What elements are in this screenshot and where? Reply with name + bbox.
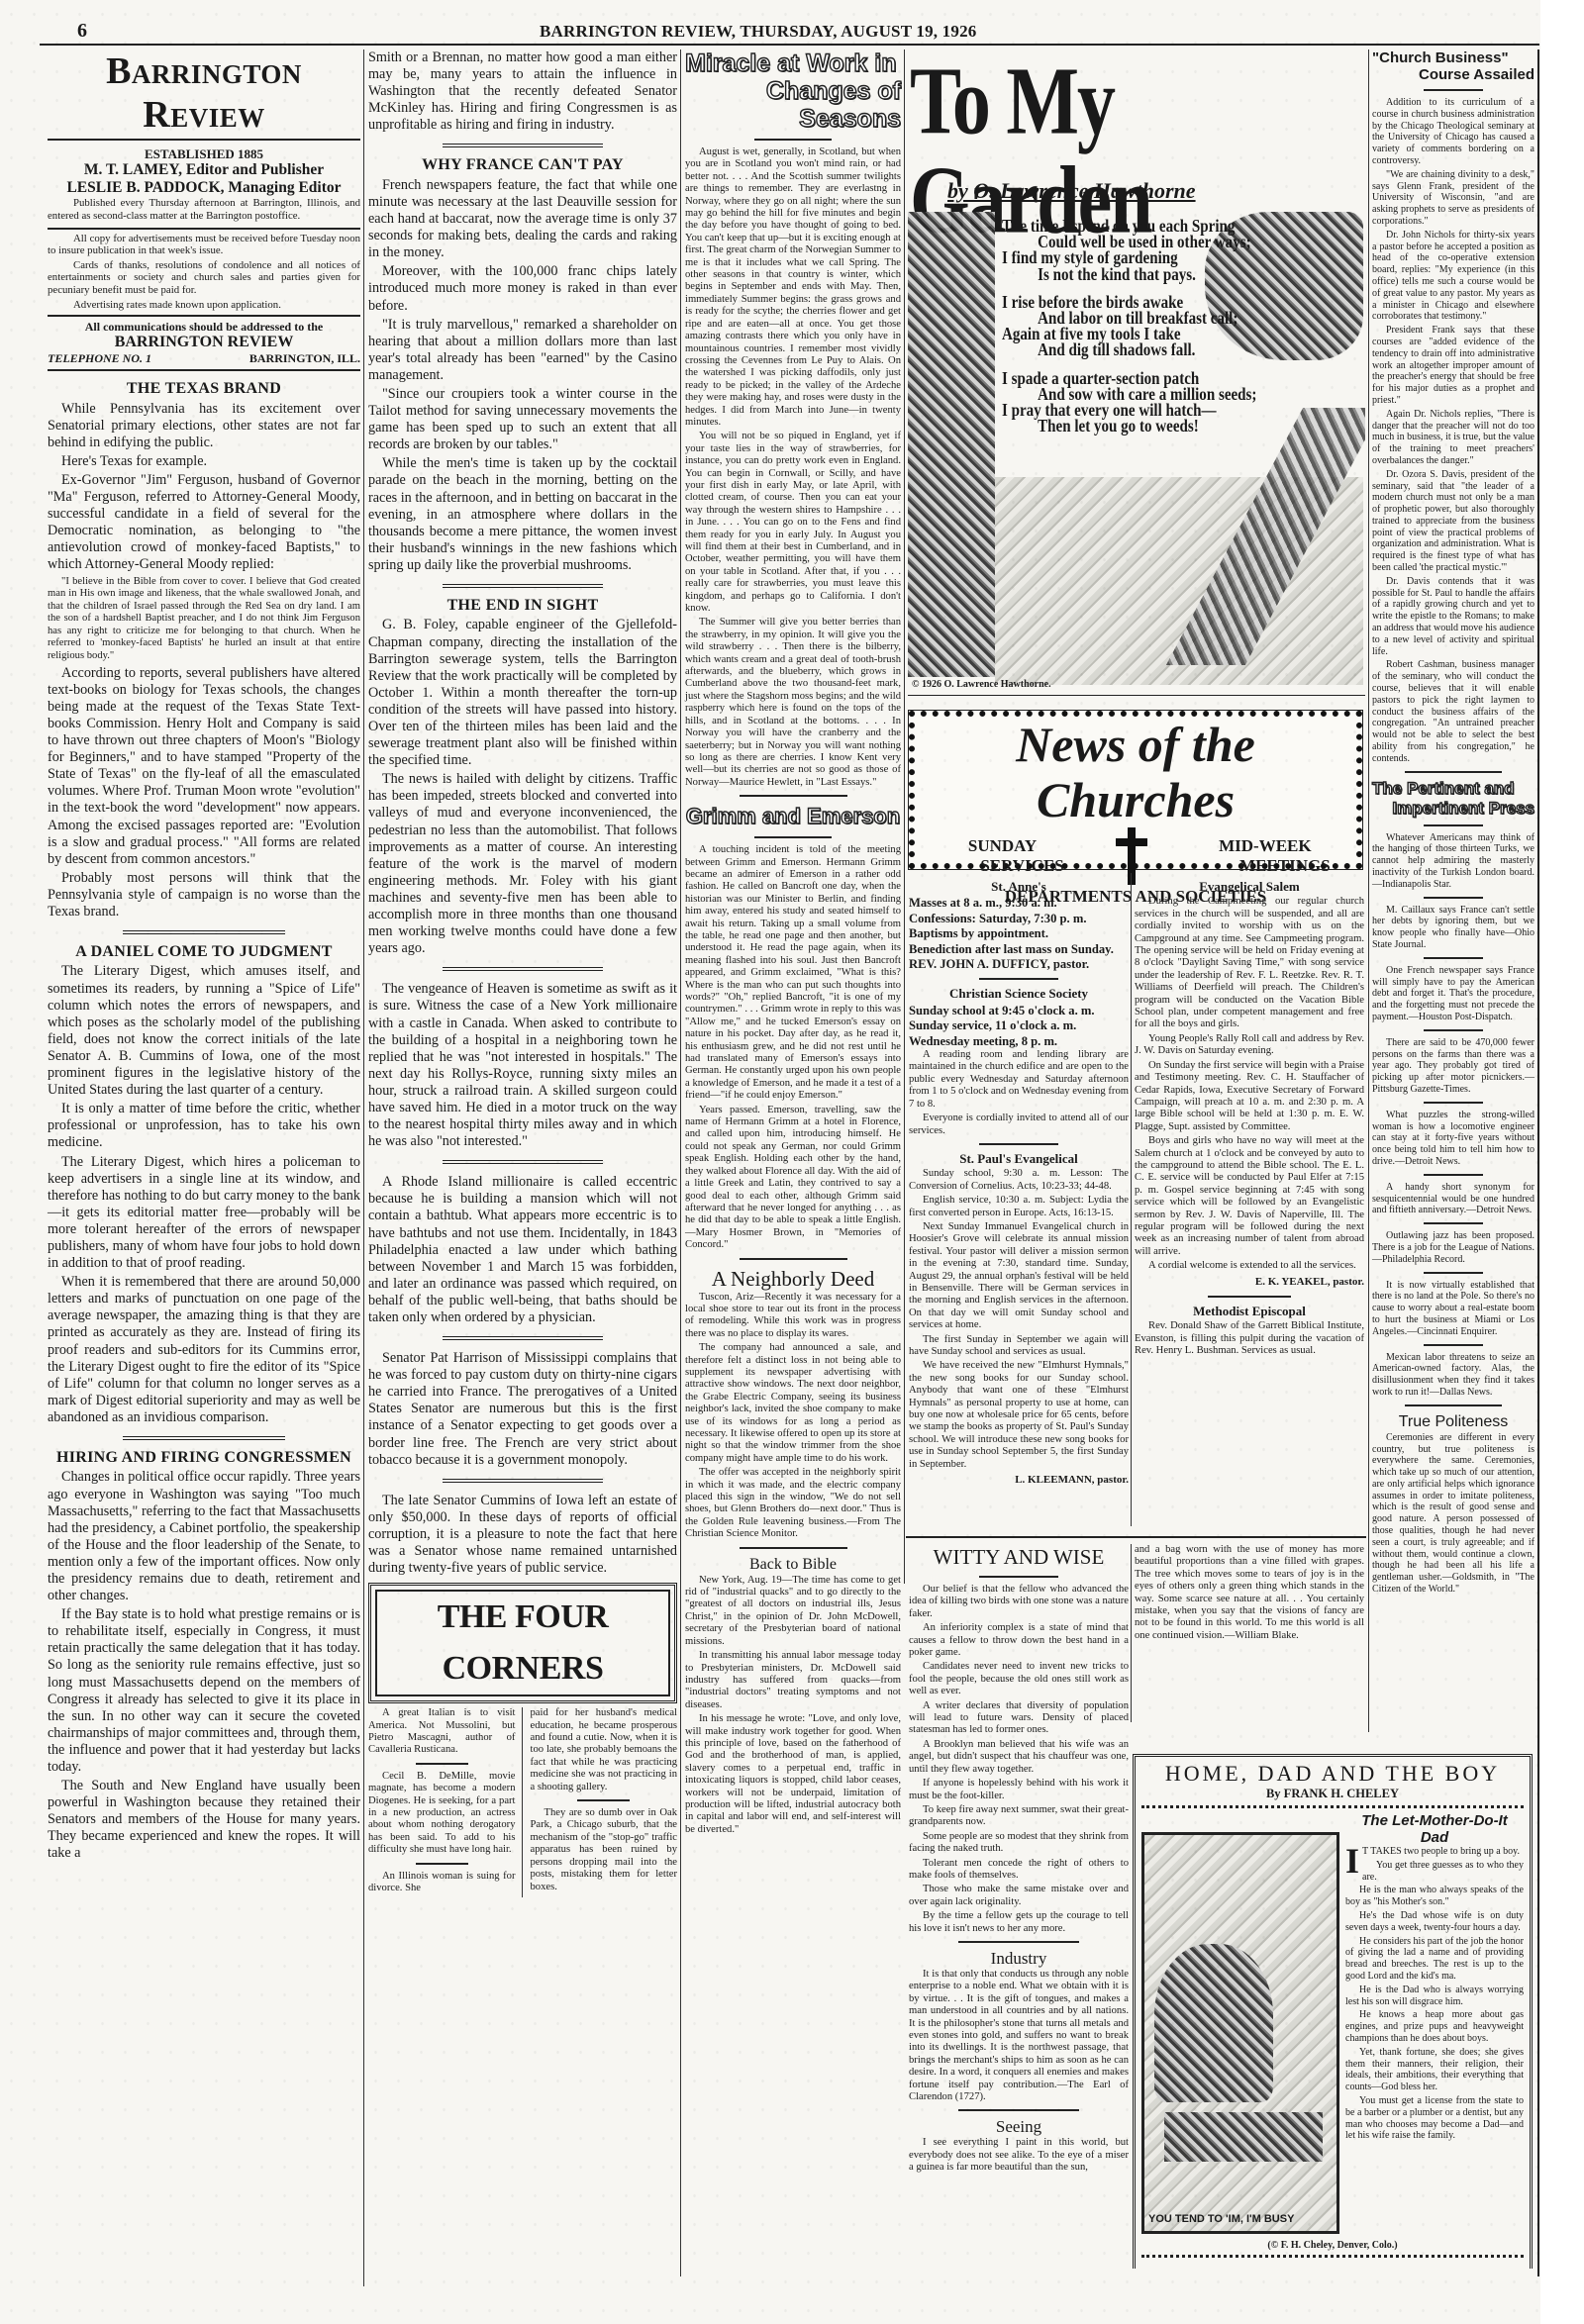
paragraph: and a bag worn with the use of money has… xyxy=(1135,1544,1364,1642)
paragraph: Smith or a Brennan, no matter how good a… xyxy=(368,49,677,134)
divider xyxy=(123,1436,285,1440)
article-true-politeness: True Politeness Ceremonies are different… xyxy=(1372,1412,1534,1596)
page-number: 6 xyxy=(77,20,87,43)
paragraph-cummins: The late Senator Cummins of Iowa left an… xyxy=(368,1493,677,1577)
divider xyxy=(1424,1344,1482,1346)
divider xyxy=(754,836,832,838)
article-end-in-sight: THE END IN SIGHT G. B. Foley, capable en… xyxy=(368,598,677,957)
paragraph: New York, Aug. 19—The time has come to g… xyxy=(685,1575,901,1648)
divider xyxy=(754,139,832,141)
church-line: Confessions: Saturday, 7:30 p. m. xyxy=(909,912,1129,926)
paragraph: A cordial welcome is extended to all the… xyxy=(1135,1260,1364,1272)
masthead-published: Published every Thursday afternoon at Ba… xyxy=(48,197,360,222)
divider xyxy=(1208,1296,1291,1298)
paragraph: He's the Dad whose wife is on duty seven… xyxy=(1345,1910,1524,1934)
paragraph-vengeance: The vengeance of Heaven is sometime as s… xyxy=(368,981,677,1150)
paragraph: To keep fire away next summer, swat thei… xyxy=(909,1804,1129,1829)
press-item: There are said to be 470,000 fewer perso… xyxy=(1372,1037,1534,1096)
illustration-caption: YOU TEND TO 'IM, I'M BUSY xyxy=(1148,2213,1294,2225)
divider xyxy=(1424,824,1482,826)
paragraph: Those who make the same mistake over and… xyxy=(909,1884,1129,1908)
dad-boy-illustration: YOU TEND TO 'IM, I'M BUSY xyxy=(1141,1832,1339,2234)
column-1: Barrington Review ESTABLISHED 1885 M. T.… xyxy=(48,49,360,1865)
paragraph: You must get a license from the state to… xyxy=(1345,2095,1524,2142)
lead-text: T TAKES two people to bring up a boy. xyxy=(1362,1846,1520,1857)
divider xyxy=(740,795,847,797)
paragraph: The Literary Digest, which hires a polic… xyxy=(48,1154,360,1273)
newspaper-page: 6 BARRINGTON REVIEW, THURSDAY, AUGUST 19… xyxy=(0,0,1584,2324)
divider xyxy=(1424,1272,1482,1274)
paragraph: According to reports, several publishers… xyxy=(48,665,360,868)
paragraph: By the time a fellow gets up the courage… xyxy=(909,1910,1129,1935)
paragraph: The Literary Digest, which amuses itself… xyxy=(48,963,360,1099)
press-item: Mexican labor threatens to seize an Amer… xyxy=(1372,1352,1534,1399)
paragraph: He knows a heap more about gas engines, … xyxy=(1345,2009,1524,2044)
headline: A Neighborly Deed xyxy=(685,1266,901,1292)
scan-margin xyxy=(1540,0,1584,2324)
paragraph: Ceremonies are different in every countr… xyxy=(1372,1432,1534,1596)
banner-sunday: SUNDAY xyxy=(940,836,1063,856)
divider xyxy=(1424,89,1482,91)
paragraph: Yet, thank fortune, she does; she gives … xyxy=(1345,2047,1524,2093)
paragraph: The offer was accepted in the neighborly… xyxy=(685,1467,901,1540)
four-corners-columns: A great Italian is to visit America. Not… xyxy=(368,1707,677,1896)
divider xyxy=(443,1160,603,1164)
column-6: "Church Business" Course Assailed Additi… xyxy=(1372,49,1534,1598)
paragraph: In his message he wrote: "Love, and only… xyxy=(685,1713,901,1836)
quote: "I believe in the Bible from cover to co… xyxy=(48,576,360,663)
paragraph: It is only a matter of time before the c… xyxy=(48,1101,360,1151)
divider xyxy=(1424,1029,1482,1031)
church-pastor: E. K. YEAKEL, pastor. xyxy=(1135,1275,1364,1290)
paragraph: Dr. Ozora S. Davis, president of the sem… xyxy=(1372,469,1534,574)
article-daniel: A DANIEL COME TO JUDGMENT The Literary D… xyxy=(48,944,360,1426)
masthead-title: Barrington Review xyxy=(48,49,360,141)
churches-column-left: St. Anne's Masses at 8 a. m., 9:30 a. m.… xyxy=(909,873,1129,1488)
paragraph: Dr. John Nichols for thirty-six years a … xyxy=(1372,230,1534,323)
paragraph: They are so dumb over in Oak Park, a Chi… xyxy=(531,1807,678,1893)
church-line: Baptisms by appointment. xyxy=(909,926,1129,941)
masthead-address-name: BARRINGTON REVIEW xyxy=(48,334,360,351)
poem-copyright: © 1926 O. Lawrence Hawthorne. xyxy=(912,679,1051,690)
headline: A DANIEL COME TO JUDGMENT xyxy=(48,944,360,959)
masthead-communications: All communications should be addressed t… xyxy=(48,321,360,334)
paragraph: Tolerant men concede the right of others… xyxy=(909,1858,1129,1883)
paragraph: The first Sunday in September we again w… xyxy=(909,1334,1129,1359)
churches-banner: News of the Churches SUNDAY SERVICES MID… xyxy=(909,711,1362,869)
paragraph: Everyone is cordially invited to attend … xyxy=(909,1113,1129,1137)
article-church-business: "Church Business" Course Assailed Additi… xyxy=(1372,49,1534,765)
paragraph: paid for her husband's medical education… xyxy=(531,1707,678,1793)
paragraph: "We are chaining divinity to a desk," sa… xyxy=(1372,169,1534,228)
paragraph: Next Sunday Immanuel Evangelical church … xyxy=(909,1221,1129,1332)
church-name: Christian Science Society xyxy=(909,986,1129,1001)
paragraph: He is the Dad who is always worrying les… xyxy=(1345,1985,1524,2008)
paragraph: Again Dr. Nichols replies, "There is dan… xyxy=(1372,409,1534,467)
divider xyxy=(416,1863,468,1865)
paragraph: It is that only that conducts us through… xyxy=(909,1969,1129,2103)
paragraph: You will not be so piqued in England, ye… xyxy=(685,431,901,615)
paragraph: Our belief is that the fellow who advanc… xyxy=(909,1584,1129,1620)
paragraph: The Summer will give you better berries … xyxy=(685,617,901,789)
poem-byline: by O. Lawrence Hawthorne xyxy=(947,178,1196,204)
press-item: Whatever Americans may think of the hang… xyxy=(1372,832,1534,891)
paragraph: On Sunday the first service will begin w… xyxy=(1135,1060,1364,1133)
article-hiring-firing: HIRING AND FIRING CONGRESSMEN Changes in… xyxy=(48,1450,360,1863)
divider xyxy=(979,978,1058,980)
witty-wise-divider xyxy=(906,1536,1366,1538)
banner-midweek: MID-WEEK xyxy=(1200,836,1331,856)
masthead-editor: M. T. LAMEY, Editor and Publisher xyxy=(48,161,360,179)
paragraph: We have received the new "Elmhurst Hymna… xyxy=(909,1360,1129,1471)
divider xyxy=(1424,1222,1482,1224)
four-corners-banner: THE FOUR CORNERS xyxy=(368,1583,677,1703)
press-item: One French newspaper says France will si… xyxy=(1372,965,1534,1023)
column-2: Smith or a Brennan, no matter how good a… xyxy=(368,49,677,1897)
paragraph: President Frank says that these courses … xyxy=(1372,325,1534,407)
church-line: Sunday service, 11 o'clock a. m. xyxy=(909,1018,1129,1033)
paragraph: Moreover, with the 100,000 franc chips l… xyxy=(368,263,677,314)
paragraph: Candidates never need to invent new tric… xyxy=(909,1661,1129,1697)
paragraph: Robert Cashman, business manager of the … xyxy=(1372,659,1534,764)
paragraph: An inferiority complex is a state of min… xyxy=(909,1622,1129,1659)
church-name: Evangelical Salem xyxy=(1135,879,1364,894)
paragraph: The company had announced a sale, and th… xyxy=(685,1342,901,1465)
paragraph: Here's Texas for example. xyxy=(48,453,360,470)
press-item: What puzzles the strong-willed woman is … xyxy=(1372,1110,1534,1168)
paragraph: Probably most persons will think that th… xyxy=(48,870,360,920)
poem-line: Then let you go to weeds! xyxy=(1002,418,1291,434)
paragraph: During the Campmeeting our regular churc… xyxy=(1135,896,1364,1030)
divider xyxy=(958,1941,1079,1943)
masthead-telephone: TELEPHONE NO. 1 xyxy=(48,351,151,366)
home-copyright: (© F. H. Cheley, Denver, Colo.) xyxy=(1141,2240,1524,2251)
headline: Miracle at Work in xyxy=(685,49,901,77)
tree-illustration-left xyxy=(908,212,995,677)
page-edge-rule xyxy=(1537,49,1539,2276)
paragraph: G. B. Foley, capable engineer of the Gje… xyxy=(368,617,677,769)
home-byline: By FRANK H. CHELEY xyxy=(1141,1787,1524,1801)
headline: WITTY AND WISE xyxy=(909,1544,1129,1570)
headline: WHY FRANCE CAN'T PAY xyxy=(368,157,677,172)
paragraph: Boys and girls who have no way will meet… xyxy=(1135,1135,1364,1258)
headline: The Pertinent and xyxy=(1372,779,1534,799)
paragraph: English service, 10:30 a. m. Subject: Ly… xyxy=(909,1195,1129,1219)
masthead-notice-copy: All copy for advertisements must be rece… xyxy=(48,233,360,257)
headline: True Politeness xyxy=(1372,1412,1534,1432)
divider xyxy=(443,967,603,971)
divider xyxy=(740,1258,847,1260)
witty-wise-left: WITTY AND WISE Our belief is that the fe… xyxy=(909,1544,1129,2177)
paragraph: Tuscon, Ariz—Recently it was necessary f… xyxy=(685,1292,901,1341)
divider xyxy=(1405,1404,1502,1406)
witty-wise-right: and a bag worn with the use of money has… xyxy=(1135,1544,1364,1644)
dateline-text: BARRINGTON REVIEW, THURSDAY, AUGUST 19, … xyxy=(540,22,976,42)
paragraph: Sunday school, 9:30 a. m. Lesson: The Co… xyxy=(909,1168,1129,1193)
masthead-notice-cards: Cards of thanks, resolutions of condolen… xyxy=(48,259,360,297)
headline: Course Assailed xyxy=(1372,66,1534,83)
paragraph: I see everything I paint in this world, … xyxy=(909,2137,1129,2174)
divider xyxy=(1141,1805,1524,1808)
paragraph: Some people are so modest that they shri… xyxy=(909,1831,1129,1856)
paragraph: Cecil B. DeMille, movie magnate, has bec… xyxy=(368,1771,516,1857)
headline: Impertinent Press xyxy=(1372,799,1534,819)
divider xyxy=(443,584,603,588)
divider xyxy=(979,1143,1058,1145)
column-rule xyxy=(1368,49,1369,1732)
paragraph: "It is truly marvellous," remarked a sha… xyxy=(368,317,677,384)
divider xyxy=(1424,897,1482,899)
paragraph: "Since our croupiers took a winter cours… xyxy=(368,386,677,453)
headline: Seeing xyxy=(909,2117,1129,2137)
masthead-notice-rates: Advertising rates made known upon applic… xyxy=(48,299,360,312)
divider xyxy=(443,1336,603,1340)
paragraph: A great Italian is to visit America. Not… xyxy=(368,1707,516,1757)
headline: HIRING AND FIRING CONGRESSMEN xyxy=(48,1450,360,1465)
home-subhead: Dad xyxy=(1345,1829,1524,1846)
church-name: Methodist Episcopal xyxy=(1135,1304,1364,1318)
paragraph: French newspapers feature, the fact that… xyxy=(368,177,677,261)
church-line: Benediction after last mass on Sunday. xyxy=(909,942,1129,957)
home-title: HOME, DAD AND THE BOY xyxy=(1141,1761,1524,1787)
church-pastor: L. KLEEMANN, pastor. xyxy=(909,1473,1129,1488)
church-line: Wednesday meeting, 8 p. m. xyxy=(909,1034,1129,1049)
paragraph: Years passed. Emerson, travelling, saw t… xyxy=(685,1105,901,1252)
masthead-managing-editor: LESLIE B. PADDOCK, Managing Editor xyxy=(48,179,360,197)
paragraph: In transmitting his annual labor message… xyxy=(685,1650,901,1711)
desk-illustration xyxy=(1164,2112,1323,2162)
divider xyxy=(443,1479,603,1483)
poem-body: The time I spend on you each Spring Coul… xyxy=(1002,218,1291,445)
paragraph: If the Bay state is to hold what prestig… xyxy=(48,1606,360,1776)
paragraph: A Brooklyn man believed that his wife wa… xyxy=(909,1739,1129,1776)
paragraph: He is the man who always speaks of the b… xyxy=(1345,1885,1524,1908)
figure-illustration xyxy=(1154,1944,1273,2102)
headline: Industry xyxy=(909,1949,1129,1969)
headline: Changes of Seasons xyxy=(685,77,901,133)
divider xyxy=(1424,1102,1482,1104)
article-neighborly-deed: A Neighborly Deed Tuscon, Ariz—Recently … xyxy=(685,1266,901,1541)
divider xyxy=(958,2109,1079,2111)
paragraph: A writer declares that diversity of popu… xyxy=(909,1700,1129,1737)
headline: THE END IN SIGHT xyxy=(368,598,677,613)
paragraph: An Illinois woman is suing for divorce. … xyxy=(368,1871,516,1895)
headline: Grimm and Emerson xyxy=(685,803,901,830)
poem-to-my-garden: To My Garden by O. Lawrence Hawthorne Th… xyxy=(908,51,1365,696)
divider xyxy=(123,930,285,934)
paragraph: Changes in political office occur rapidl… xyxy=(48,1469,360,1604)
article-miracle-seasons: Miracle at Work in Changes of Seasons Au… xyxy=(685,49,901,789)
press-item: M. Caillaux says France can't settle her… xyxy=(1372,905,1534,951)
churches-title: News of the Churches xyxy=(915,717,1356,827)
column-rule xyxy=(1131,1544,1132,1722)
paragraph: He considers his part of the job the hon… xyxy=(1345,1936,1524,1983)
drop-cap: I xyxy=(1345,1846,1359,1876)
press-item: It is now virtually established that the… xyxy=(1372,1280,1534,1338)
paragraph: The South and New England have usually b… xyxy=(48,1778,360,1862)
paragraph: August is wet, generally, in Scotland, b… xyxy=(685,146,901,429)
paragraph: While Pennsylvania has its excitement ov… xyxy=(48,401,360,451)
home-subhead: The Let-Mother-Do-It xyxy=(1345,1812,1524,1829)
article-texas-brand: THE TEXAS BRAND While Pennsylvania has i… xyxy=(48,381,360,920)
stanza: I rise before the birds awake And labor … xyxy=(1002,294,1291,358)
column-rule xyxy=(904,49,905,1584)
paragraph: If anyone is hopelessly behind with his … xyxy=(909,1778,1129,1802)
article-why-france-cant-pay: WHY FRANCE CAN'T PAY French newspapers f… xyxy=(368,157,677,574)
paragraph: While the men's time is taken up by the … xyxy=(368,455,677,574)
paragraph: When it is remembered that there are aro… xyxy=(48,1274,360,1426)
headline: "Church Business" xyxy=(1372,49,1534,66)
press-item: A handy short synonym for sesquicentenni… xyxy=(1372,1182,1534,1216)
church-pastor: REV. JOHN A. DUFFICY, pastor. xyxy=(909,957,1129,972)
masthead-established: ESTABLISHED 1885 xyxy=(48,146,360,161)
headline: Back to Bible xyxy=(685,1555,901,1575)
churches-column-right: Evangelical Salem During the Campmeeting… xyxy=(1135,873,1364,1360)
column-rule xyxy=(680,49,681,2276)
church-name: St. Paul's Evangelical xyxy=(909,1151,1129,1166)
poem-line: And dig till shadows fall. xyxy=(1002,341,1291,357)
divider xyxy=(416,1763,468,1765)
paragraph: A reading room and lending library are m… xyxy=(909,1049,1129,1111)
paragraph: Dr. Davis contends that it was possible … xyxy=(1372,576,1534,658)
masthead-city: BARRINGTON, ILL. xyxy=(249,351,360,366)
divider xyxy=(1424,1174,1482,1176)
article-grimm-emerson: Grimm and Emerson A touching incident is… xyxy=(685,803,901,1251)
press-item: Outlawing jazz has been proposed. There … xyxy=(1372,1230,1534,1265)
stanza: I spade a quarter-section patch And sow … xyxy=(1002,370,1291,435)
church-line: Masses at 8 a. m., 9:30 a. m. xyxy=(909,896,1129,911)
stanza: The time I spend on you each Spring Coul… xyxy=(1002,218,1291,282)
article-pertinent-impertinent: The Pertinent and Impertinent Press What… xyxy=(1372,779,1534,1399)
divider xyxy=(979,1576,1058,1578)
column-rule xyxy=(363,49,364,2286)
paragraph: You get three guesses as to who they are… xyxy=(1345,1860,1524,1884)
column-rule xyxy=(1131,873,1132,1526)
paragraph-harrison: Senator Pat Harrison of Mississippi comp… xyxy=(368,1350,677,1469)
church-line: Sunday school at 9:45 o'clock a. m. xyxy=(909,1004,1129,1018)
column-3: Miracle at Work in Changes of Seasons Au… xyxy=(685,49,901,1838)
home-dad-boy-box: HOME, DAD AND THE BOY By FRANK H. CHELEY… xyxy=(1133,1754,1533,2269)
paragraph: Ex-Governor "Jim" Ferguson, husband of G… xyxy=(48,472,360,574)
paragraph-rhode-island: A Rhode Island millionaire is called ecc… xyxy=(368,1174,677,1326)
divider xyxy=(740,1547,847,1549)
poem-line: Is not the kind that pays. xyxy=(1002,266,1291,282)
paragraph: Addition to its curriculum of a course i… xyxy=(1372,97,1534,167)
paragraph: Young People's Rally Roll call and addre… xyxy=(1135,1033,1364,1058)
four-corners-title: THE FOUR CORNERS xyxy=(375,1590,670,1696)
divider xyxy=(1424,957,1482,959)
church-name: St. Anne's xyxy=(909,879,1129,894)
paragraph: Rev. Donald Shaw of the Garrett Biblical… xyxy=(1135,1320,1364,1357)
divider xyxy=(1141,2255,1524,2258)
divider xyxy=(1405,771,1502,773)
paragraph: The news is hailed with delight by citiz… xyxy=(368,771,677,957)
headline: THE TEXAS BRAND xyxy=(48,381,360,396)
divider xyxy=(443,144,603,147)
paragraph: A touching incident is told of the meeti… xyxy=(685,844,901,1103)
article-back-to-bible: Back to Bible New York, Aug. 19—The time… xyxy=(685,1555,901,1837)
dateline: 6 BARRINGTON REVIEW, THURSDAY, AUGUST 19… xyxy=(40,18,1539,46)
divider xyxy=(577,1799,630,1801)
